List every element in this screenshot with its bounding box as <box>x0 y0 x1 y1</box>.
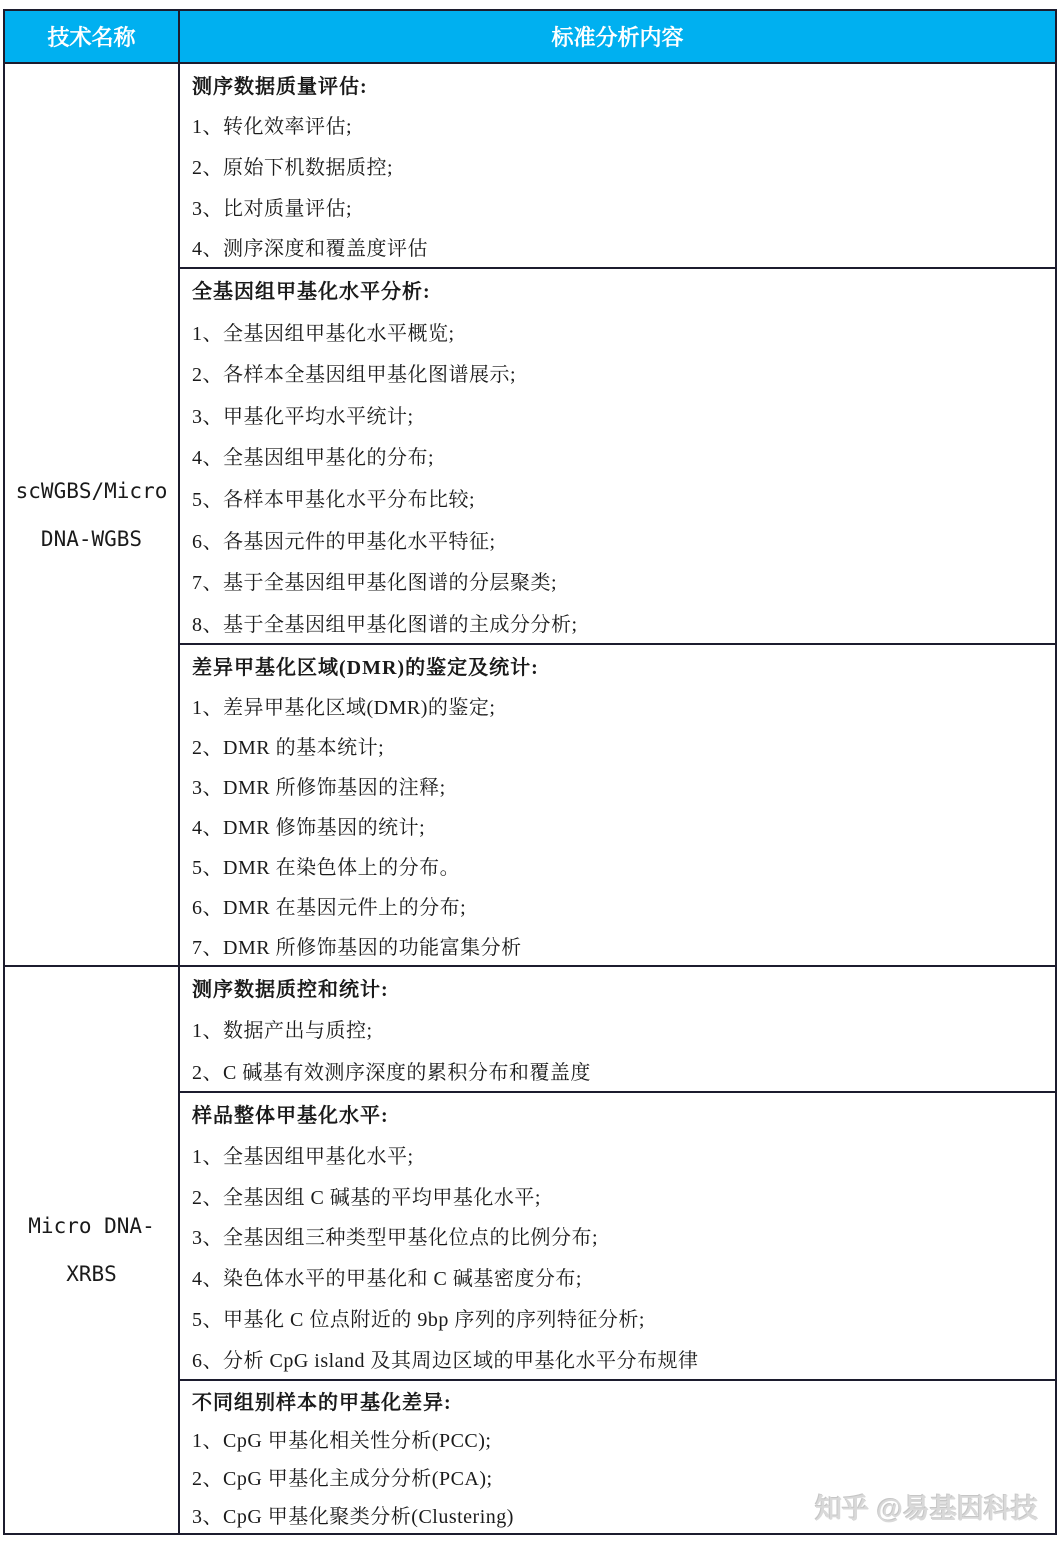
section-genomewide-methylation-analysis: 全基因组甲基化水平分析: 1、全基因组甲基化水平概览; 2、各样本全基因组甲基化… <box>179 268 1056 644</box>
table-row: Micro DNA- XRBS 测序数据质控和统计: 1、数据产出与质控; 2、… <box>4 966 1056 1092</box>
list-item: 1、转化效率评估; <box>192 110 1045 139</box>
list-item: 1、全基因组甲基化水平概览; <box>192 317 1045 346</box>
list-item: 2、原始下机数据质控; <box>192 151 1045 180</box>
table-row: scWGBS/Micro DNA-WGBS 测序数据质量评估: 1、转化效率评估… <box>4 63 1056 268</box>
list-item: 3、DMR 所修饰基因的注释; <box>192 771 1045 800</box>
list-item: 4、测序深度和覆盖度评估 <box>192 232 1045 261</box>
list-item: 1、数据产出与质控; <box>192 1014 1045 1043</box>
list-item: 8、基于全基因组甲基化图谱的主成分分析; <box>192 608 1045 637</box>
list-item: 3、甲基化平均水平统计; <box>192 400 1045 429</box>
section-sequencing-qc-statistics: 测序数据质控和统计: 1、数据产出与质控; 2、C 碱基有效测序深度的累积分布和… <box>179 966 1056 1092</box>
list-item: 6、分析 CpG island 及其周边区域的甲基化水平分布规律 <box>192 1344 1045 1373</box>
section-sequencing-quality-assessment: 测序数据质量评估: 1、转化效率评估; 2、原始下机数据质控; 3、比对质量评估… <box>179 63 1056 268</box>
list-item: 4、DMR 修饰基因的统计; <box>192 811 1045 840</box>
section-group-methylation-differences: 不同组别样本的甲基化差异: 1、CpG 甲基化相关性分析(PCC); 2、CpG… <box>179 1380 1056 1534</box>
list-item: 3、全基因组三种类型甲基化位点的比例分布; <box>192 1221 1045 1250</box>
list-item: 5、DMR 在染色体上的分布。 <box>192 851 1045 880</box>
section-sample-overall-methylation-level: 样品整体甲基化水平: 1、全基因组甲基化水平; 2、全基因组 C 碱基的平均甲基… <box>179 1092 1056 1380</box>
list-item: 7、基于全基因组甲基化图谱的分层聚类; <box>192 566 1045 595</box>
analysis-table: 技术名称 标准分析内容 scWGBS/Micro DNA-WGBS 测序数据质量… <box>3 9 1057 1535</box>
list-item: 1、CpG 甲基化相关性分析(PCC); <box>192 1424 1045 1453</box>
list-item: 1、差异甲基化区域(DMR)的鉴定; <box>192 691 1045 720</box>
list-item: 4、全基因组甲基化的分布; <box>192 441 1045 470</box>
list-item: 6、各基因元件的甲基化水平特征; <box>192 525 1045 554</box>
section-title: 全基因组甲基化水平分析: <box>192 275 1045 304</box>
list-item: 6、DMR 在基因元件上的分布; <box>192 891 1045 920</box>
list-item: 3、比对质量评估; <box>192 192 1045 221</box>
section-title: 测序数据质量评估: <box>192 70 1045 99</box>
section-title: 样品整体甲基化水平: <box>192 1099 1045 1128</box>
list-item: 2、C 碱基有效测序深度的累积分布和覆盖度 <box>192 1056 1045 1085</box>
list-item: 2、CpG 甲基化主成分分析(PCA); <box>192 1462 1045 1491</box>
list-item: 3、CpG 甲基化聚类分析(Clustering) <box>192 1500 1045 1529</box>
list-item: 5、各样本甲基化水平分布比较; <box>192 483 1045 512</box>
list-item: 1、全基因组甲基化水平; <box>192 1140 1045 1169</box>
list-item: 2、各样本全基因组甲基化图谱展示; <box>192 358 1045 387</box>
list-item: 5、甲基化 C 位点附近的 9bp 序列的序列特征分析; <box>192 1303 1045 1332</box>
list-item: 7、DMR 所修饰基因的功能富集分析 <box>192 931 1045 960</box>
column-header-tech-name: 技术名称 <box>4 10 179 63</box>
section-title: 测序数据质控和统计: <box>192 973 1045 1002</box>
section-title: 差异甲基化区域(DMR)的鉴定及统计: <box>192 651 1045 680</box>
list-item: 4、染色体水平的甲基化和 C 碱基密度分布; <box>192 1262 1045 1291</box>
tech-name-cell-scwgbs: scWGBS/Micro DNA-WGBS <box>4 63 179 966</box>
tech-name-line: DNA-WGBS <box>5 515 178 563</box>
tech-name-line: XRBS <box>5 1250 178 1298</box>
tech-name-line: Micro DNA- <box>5 1202 178 1250</box>
list-item: 2、全基因组 C 碱基的平均甲基化水平; <box>192 1181 1045 1210</box>
column-header-analysis-content: 标准分析内容 <box>179 10 1056 63</box>
tech-name-cell-xrbs: Micro DNA- XRBS <box>4 966 179 1534</box>
section-dmr-identification-statistics: 差异甲基化区域(DMR)的鉴定及统计: 1、差异甲基化区域(DMR)的鉴定; 2… <box>179 644 1056 966</box>
section-title: 不同组别样本的甲基化差异: <box>192 1386 1045 1415</box>
tech-name-line: scWGBS/Micro <box>5 467 178 515</box>
list-item: 2、DMR 的基本统计; <box>192 731 1045 760</box>
header-row: 技术名称 标准分析内容 <box>4 10 1056 63</box>
